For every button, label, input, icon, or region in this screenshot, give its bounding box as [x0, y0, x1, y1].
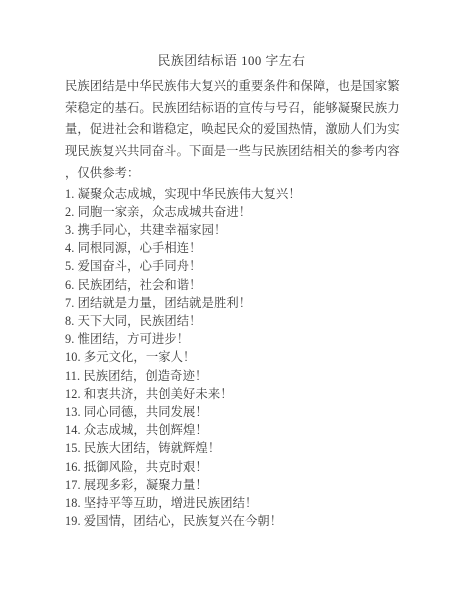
slogan-item: 10. 多元文化，一家人！ [65, 348, 398, 366]
slogan-list: 1. 凝聚众志成城，实现中华民族伟大复兴！ 2. 同胞一家亲，众志成城共奋进！ … [65, 185, 398, 531]
document-page: 民族团结标语 100 字左右 民族团结是中华民族伟大复兴的重要条件和保障，也是国… [0, 0, 463, 600]
paragraph-line: 量，促进社会和谐稳定，唤起民众的爱国热情，激励人们为实 [65, 119, 398, 141]
slogan-item: 2. 同胞一家亲，众志成城共奋进！ [65, 203, 398, 221]
paragraph-line: ，仅供参考： [65, 163, 398, 185]
slogan-item: 19. 爱国情，团结心，民族复兴在今朝！ [65, 512, 398, 530]
document-content: 民族团结标语 100 字左右 民族团结是中华民族伟大复兴的重要条件和保障，也是国… [65, 0, 398, 530]
slogan-item: 3. 携手同心，共建幸福家园！ [65, 221, 398, 239]
slogan-item: 15. 民族大团结，铸就辉煌！ [65, 439, 398, 457]
slogan-item: 11. 民族团结，创造奇迹！ [65, 367, 398, 385]
document-title: 民族团结标语 100 字左右 [65, 51, 398, 71]
intro-paragraph: 民族团结是中华民族伟大复兴的重要条件和保障，也是国家繁 荣稳定的基石。民族团结标… [65, 76, 398, 185]
slogan-item: 4. 同根同源，心手相连！ [65, 239, 398, 257]
slogan-item: 8. 天下大同，民族团结！ [65, 312, 398, 330]
slogan-item: 13. 同心同德，共同发展！ [65, 403, 398, 421]
slogan-item: 18. 坚持平等互助，增进民族团结！ [65, 494, 398, 512]
slogan-item: 16. 抵御风险，共克时艰！ [65, 458, 398, 476]
slogan-item: 1. 凝聚众志成城，实现中华民族伟大复兴！ [65, 185, 398, 203]
slogan-item: 9. 惟团结，方可进步！ [65, 330, 398, 348]
paragraph-line: 荣稳定的基石。民族团结标语的宣传与号召，能够凝聚民族力 [65, 98, 398, 120]
slogan-item: 12. 和衷共济，共创美好未来！ [65, 385, 398, 403]
slogan-item: 14. 众志成城，共创辉煌！ [65, 421, 398, 439]
paragraph-line: 现民族复兴共同奋斗。下面是一些与民族团结相关的参考内容 [65, 141, 398, 163]
slogan-item: 7. 团结就是力量，团结就是胜利！ [65, 294, 398, 312]
paragraph-line: 民族团结是中华民族伟大复兴的重要条件和保障，也是国家繁 [65, 76, 398, 98]
slogan-item: 17. 展现多彩，凝聚力量！ [65, 476, 398, 494]
slogan-item: 6. 民族团结，社会和谐！ [65, 276, 398, 294]
slogan-item: 5. 爱国奋斗，心手同舟！ [65, 257, 398, 275]
